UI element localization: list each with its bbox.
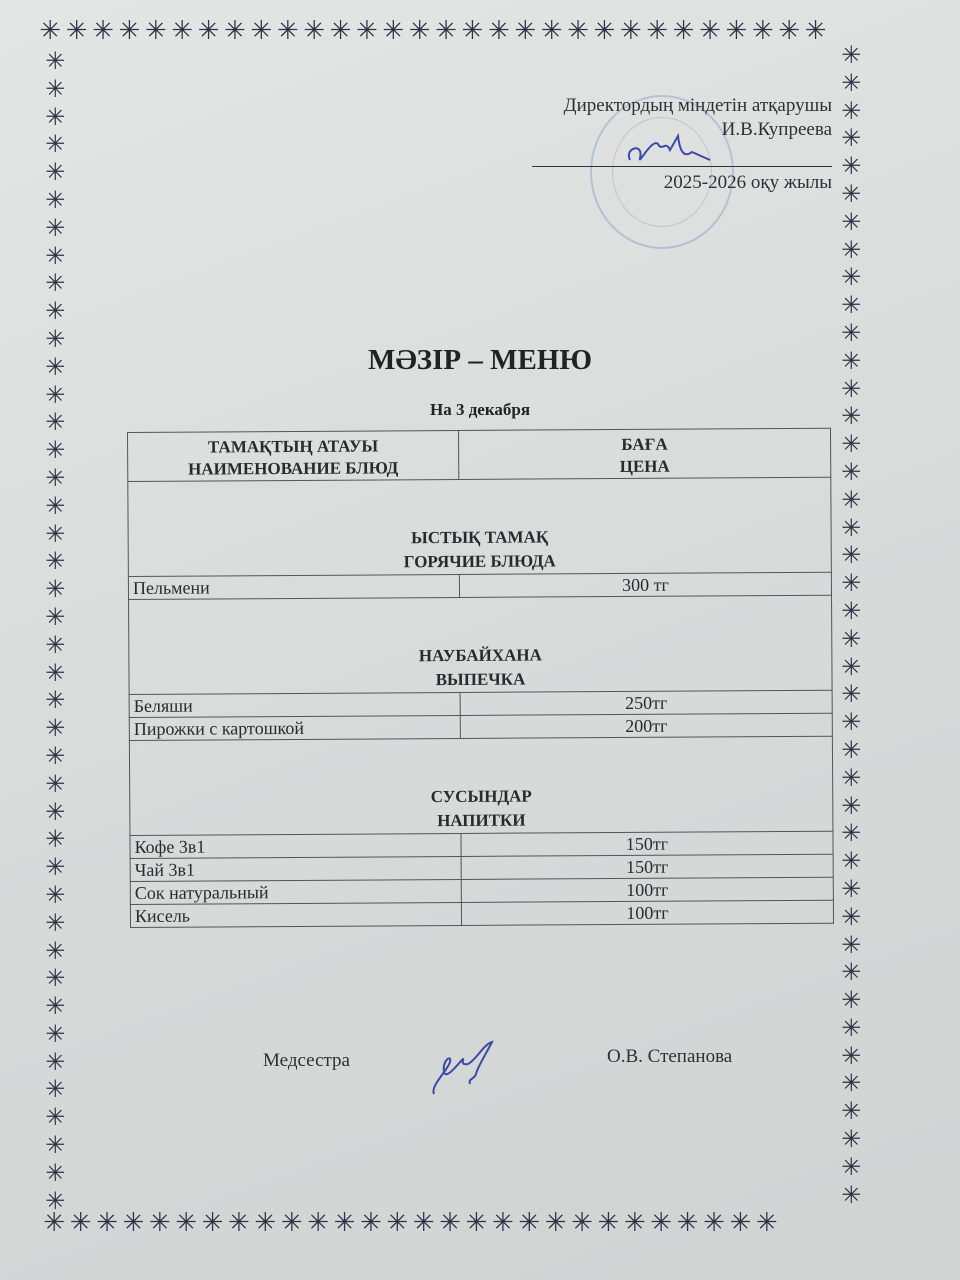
eight-petal-star-icon: ✳ xyxy=(838,42,864,70)
eight-petal-star-icon: ✳ xyxy=(700,1210,726,1236)
dish-name: Пирожки с картошкой xyxy=(129,715,460,740)
eight-petal-star-icon: ✳ xyxy=(42,76,68,104)
section-title: НАУБАЙХАНАВЫПЕЧКА xyxy=(129,595,833,694)
eight-petal-star-icon: ✳ xyxy=(405,18,431,44)
eight-petal-star-icon: ✳ xyxy=(42,215,68,243)
section-row: ЫСТЫҚ ТАМАҚГОРЯЧИЕ БЛЮДА xyxy=(128,477,832,576)
eight-petal-star-icon: ✳ xyxy=(278,1210,304,1236)
eight-petal-star-icon: ✳ xyxy=(838,264,864,292)
eight-petal-star-icon: ✳ xyxy=(36,18,62,44)
dish-price: 100тг xyxy=(461,900,833,925)
eight-petal-star-icon: ✳ xyxy=(489,1210,515,1236)
eight-petal-star-icon: ✳ xyxy=(726,1210,752,1236)
eight-petal-star-icon: ✳ xyxy=(838,125,864,153)
eight-petal-star-icon: ✳ xyxy=(142,18,168,44)
eight-petal-star-icon: ✳ xyxy=(42,826,68,854)
eight-petal-star-icon: ✳ xyxy=(42,910,68,938)
eight-petal-star-icon: ✳ xyxy=(838,681,864,709)
eight-petal-star-icon: ✳ xyxy=(838,820,864,848)
dish-name: Кофе 3в1 xyxy=(130,833,461,858)
eight-petal-star-icon: ✳ xyxy=(42,660,68,688)
eight-petal-star-icon: ✳ xyxy=(42,521,68,549)
eight-petal-star-icon: ✳ xyxy=(247,18,273,44)
eight-petal-star-icon: ✳ xyxy=(42,48,68,76)
dish-name: Кисель xyxy=(130,902,461,927)
eight-petal-star-icon: ✳ xyxy=(537,18,563,44)
eight-petal-star-icon: ✳ xyxy=(838,654,864,682)
dish-name: Чай 3в1 xyxy=(130,856,461,881)
dish-name: Сок натуральный xyxy=(130,879,461,904)
decorative-border-left: ✳✳✳✳✳✳✳✳✳✳✳✳✳✳✳✳✳✳✳✳✳✳✳✳✳✳✳✳✳✳✳✳✳✳✳✳✳✳✳✳… xyxy=(42,48,68,1215)
dish-price: 100тг xyxy=(461,877,833,902)
approval-block: Директордың міндетін атқарушы И.В.Купрее… xyxy=(532,94,832,195)
section-title: ЫСТЫҚ ТАМАҚГОРЯЧИЕ БЛЮДА xyxy=(128,477,832,576)
section-title: СУСЫНДАРНАПИТКИ xyxy=(129,736,833,835)
eight-petal-star-icon: ✳ xyxy=(42,854,68,882)
eight-petal-star-icon: ✳ xyxy=(225,1210,251,1236)
eight-petal-star-icon: ✳ xyxy=(42,1049,68,1077)
approval-name: И.В.Купреева xyxy=(532,118,832,142)
dish-price: 250тг xyxy=(460,690,832,715)
eight-petal-star-icon: ✳ xyxy=(42,1104,68,1132)
eight-petal-star-icon: ✳ xyxy=(838,876,864,904)
eight-petal-star-icon: ✳ xyxy=(42,1188,68,1216)
academic-year: 2025-2026 оқу жылы xyxy=(532,171,832,195)
eight-petal-star-icon: ✳ xyxy=(722,18,748,44)
eight-petal-star-icon: ✳ xyxy=(838,626,864,654)
eight-petal-star-icon: ✳ xyxy=(838,848,864,876)
eight-petal-star-icon: ✳ xyxy=(458,18,484,44)
dish-name: Беляши xyxy=(129,692,460,717)
eight-petal-star-icon: ✳ xyxy=(42,687,68,715)
eight-petal-star-icon: ✳ xyxy=(541,1210,567,1236)
eight-petal-star-icon: ✳ xyxy=(838,1182,864,1210)
eight-petal-star-icon: ✳ xyxy=(198,1210,224,1236)
eight-petal-star-icon: ✳ xyxy=(838,237,864,265)
eight-petal-star-icon: ✳ xyxy=(42,576,68,604)
eight-petal-star-icon: ✳ xyxy=(838,598,864,626)
eight-petal-star-icon: ✳ xyxy=(696,18,722,44)
eight-petal-star-icon: ✳ xyxy=(511,18,537,44)
eight-petal-star-icon: ✳ xyxy=(643,18,669,44)
eight-petal-star-icon: ✳ xyxy=(564,18,590,44)
eight-petal-star-icon: ✳ xyxy=(42,882,68,910)
eight-petal-star-icon: ✳ xyxy=(42,1021,68,1049)
eight-petal-star-icon: ✳ xyxy=(594,1210,620,1236)
eight-petal-star-icon: ✳ xyxy=(357,1210,383,1236)
eight-petal-star-icon: ✳ xyxy=(838,209,864,237)
eight-petal-star-icon: ✳ xyxy=(409,1210,435,1236)
approval-position: Директордың міндетін атқарушы xyxy=(532,94,832,118)
eight-petal-star-icon: ✳ xyxy=(251,1210,277,1236)
eight-petal-star-icon: ✳ xyxy=(93,1210,119,1236)
eight-petal-star-icon: ✳ xyxy=(462,1210,488,1236)
eight-petal-star-icon: ✳ xyxy=(221,18,247,44)
eight-petal-star-icon: ✳ xyxy=(42,548,68,576)
page-title: МӘЗІР – МЕНЮ xyxy=(0,344,960,377)
header-dish-name: ТАМАҚТЫҢ АТАУЫ НАИМЕНОВАНИЕ БЛЮД xyxy=(128,430,459,481)
dish-price: 200тг xyxy=(460,713,832,738)
eight-petal-star-icon: ✳ xyxy=(838,959,864,987)
dish-price: 300 тг xyxy=(459,572,831,597)
eight-petal-star-icon: ✳ xyxy=(838,1015,864,1043)
eight-petal-star-icon: ✳ xyxy=(801,18,827,44)
eight-petal-star-icon: ✳ xyxy=(353,18,379,44)
eight-petal-star-icon: ✳ xyxy=(89,18,115,44)
eight-petal-star-icon: ✳ xyxy=(838,431,864,459)
eight-petal-star-icon: ✳ xyxy=(838,487,864,515)
eight-petal-star-icon: ✳ xyxy=(330,1210,356,1236)
eight-petal-star-icon: ✳ xyxy=(42,604,68,632)
footer-name: О.В. Степанова xyxy=(607,1046,732,1068)
eight-petal-star-icon: ✳ xyxy=(383,1210,409,1236)
eight-petal-star-icon: ✳ xyxy=(838,98,864,126)
eight-petal-star-icon: ✳ xyxy=(42,243,68,271)
eight-petal-star-icon: ✳ xyxy=(194,18,220,44)
eight-petal-star-icon: ✳ xyxy=(42,270,68,298)
eight-petal-star-icon: ✳ xyxy=(838,904,864,932)
eight-petal-star-icon: ✳ xyxy=(838,515,864,543)
eight-petal-star-icon: ✳ xyxy=(838,459,864,487)
eight-petal-star-icon: ✳ xyxy=(42,437,68,465)
eight-petal-star-icon: ✳ xyxy=(62,18,88,44)
eight-petal-star-icon: ✳ xyxy=(42,104,68,132)
decorative-border-bottom: ✳✳✳✳✳✳✳✳✳✳✳✳✳✳✳✳✳✳✳✳✳✳✳✳✳✳✳✳ xyxy=(40,1210,779,1236)
eight-petal-star-icon: ✳ xyxy=(326,18,352,44)
eight-petal-star-icon: ✳ xyxy=(436,1210,462,1236)
eight-petal-star-icon: ✳ xyxy=(621,1210,647,1236)
table-row: Кисель100тг xyxy=(130,900,833,927)
eight-petal-star-icon: ✳ xyxy=(42,799,68,827)
eight-petal-star-icon: ✳ xyxy=(673,1210,699,1236)
eight-petal-star-icon: ✳ xyxy=(42,465,68,493)
eight-petal-star-icon: ✳ xyxy=(42,965,68,993)
eight-petal-star-icon: ✳ xyxy=(42,993,68,1021)
eight-petal-star-icon: ✳ xyxy=(42,131,68,159)
eight-petal-star-icon: ✳ xyxy=(146,1210,172,1236)
menu-table: ТАМАҚТЫҢ АТАУЫ НАИМЕНОВАНИЕ БЛЮД БАҒА ЦЕ… xyxy=(127,428,834,928)
footer-role: Медсестра xyxy=(263,1050,350,1072)
eight-petal-star-icon: ✳ xyxy=(838,181,864,209)
eight-petal-star-icon: ✳ xyxy=(838,570,864,598)
decorative-border-right: ✳✳✳✳✳✳✳✳✳✳✳✳✳✳✳✳✳✳✳✳✳✳✳✳✳✳✳✳✳✳✳✳✳✳✳✳✳✳✳✳… xyxy=(838,42,864,1209)
eight-petal-star-icon: ✳ xyxy=(172,1210,198,1236)
dish-price: 150тг xyxy=(461,831,833,856)
eight-petal-star-icon: ✳ xyxy=(42,743,68,771)
section-row: СУСЫНДАРНАПИТКИ xyxy=(129,736,833,835)
dish-price: 150тг xyxy=(461,854,833,879)
eight-petal-star-icon: ✳ xyxy=(838,932,864,960)
eight-petal-star-icon: ✳ xyxy=(304,1210,330,1236)
eight-petal-star-icon: ✳ xyxy=(42,298,68,326)
eight-petal-star-icon: ✳ xyxy=(838,153,864,181)
eight-petal-star-icon: ✳ xyxy=(42,938,68,966)
eight-petal-star-icon: ✳ xyxy=(647,1210,673,1236)
eight-petal-star-icon: ✳ xyxy=(66,1210,92,1236)
eight-petal-star-icon: ✳ xyxy=(115,18,141,44)
section-row: НАУБАЙХАНАВЫПЕЧКА xyxy=(129,595,833,694)
eight-petal-star-icon: ✳ xyxy=(42,187,68,215)
eight-petal-star-icon: ✳ xyxy=(838,1043,864,1071)
eight-petal-star-icon: ✳ xyxy=(838,1070,864,1098)
menu-date: На 3 декабря xyxy=(0,400,960,420)
eight-petal-star-icon: ✳ xyxy=(617,18,643,44)
signature-line xyxy=(532,144,832,167)
eight-petal-star-icon: ✳ xyxy=(515,1210,541,1236)
eight-petal-star-icon: ✳ xyxy=(485,18,511,44)
eight-petal-star-icon: ✳ xyxy=(753,1210,779,1236)
eight-petal-star-icon: ✳ xyxy=(432,18,458,44)
eight-petal-star-icon: ✳ xyxy=(749,18,775,44)
eight-petal-star-icon: ✳ xyxy=(838,1154,864,1182)
eight-petal-star-icon: ✳ xyxy=(838,793,864,821)
eight-petal-star-icon: ✳ xyxy=(838,70,864,98)
eight-petal-star-icon: ✳ xyxy=(42,715,68,743)
eight-petal-star-icon: ✳ xyxy=(42,771,68,799)
decorative-border-top: ✳✳✳✳✳✳✳✳✳✳✳✳✳✳✳✳✳✳✳✳✳✳✳✳✳✳✳✳✳✳ xyxy=(36,18,828,44)
dish-name: Пельмени xyxy=(128,574,459,599)
eight-petal-star-icon: ✳ xyxy=(42,159,68,187)
header-price: БАҒА ЦЕНА xyxy=(458,428,830,479)
eight-petal-star-icon: ✳ xyxy=(590,18,616,44)
eight-petal-star-icon: ✳ xyxy=(42,1076,68,1104)
table-header-row: ТАМАҚТЫҢ АТАУЫ НАИМЕНОВАНИЕ БЛЮД БАҒА ЦЕ… xyxy=(128,428,831,481)
eight-petal-star-icon: ✳ xyxy=(838,765,864,793)
eight-petal-star-icon: ✳ xyxy=(274,18,300,44)
eight-petal-star-icon: ✳ xyxy=(669,18,695,44)
eight-petal-star-icon: ✳ xyxy=(775,18,801,44)
eight-petal-star-icon: ✳ xyxy=(838,1098,864,1126)
eight-petal-star-icon: ✳ xyxy=(379,18,405,44)
eight-petal-star-icon: ✳ xyxy=(42,493,68,521)
eight-petal-star-icon: ✳ xyxy=(42,1160,68,1188)
eight-petal-star-icon: ✳ xyxy=(42,1132,68,1160)
eight-petal-star-icon: ✳ xyxy=(119,1210,145,1236)
eight-petal-star-icon: ✳ xyxy=(838,737,864,765)
eight-petal-star-icon: ✳ xyxy=(300,18,326,44)
eight-petal-star-icon: ✳ xyxy=(838,1126,864,1154)
eight-petal-star-icon: ✳ xyxy=(838,987,864,1015)
eight-petal-star-icon: ✳ xyxy=(568,1210,594,1236)
eight-petal-star-icon: ✳ xyxy=(42,632,68,660)
eight-petal-star-icon: ✳ xyxy=(838,709,864,737)
nurse-signature-icon xyxy=(428,1040,500,1100)
eight-petal-star-icon: ✳ xyxy=(168,18,194,44)
eight-petal-star-icon: ✳ xyxy=(838,292,864,320)
eight-petal-star-icon: ✳ xyxy=(838,542,864,570)
